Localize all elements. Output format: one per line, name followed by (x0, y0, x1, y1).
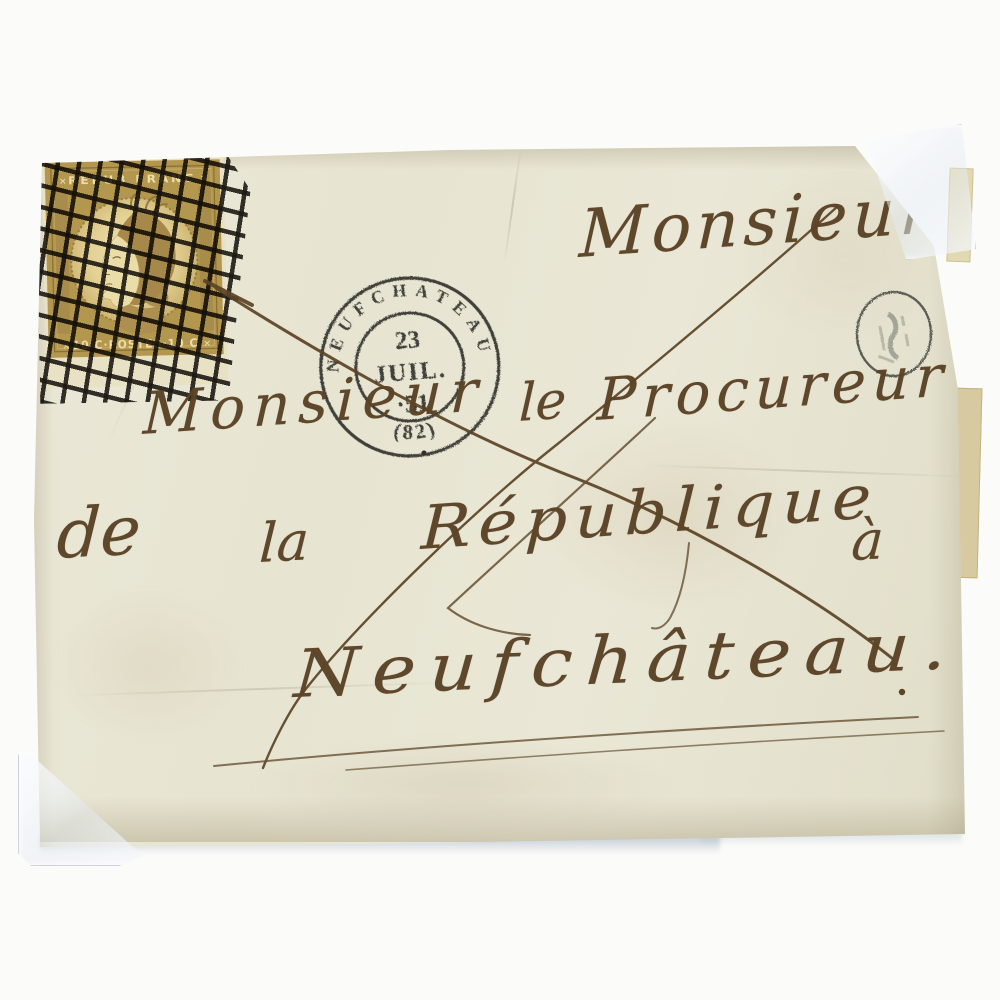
address-line4: Neufchâteau. (292, 607, 962, 713)
period-dot (899, 689, 905, 695)
grid-cancellation (36, 150, 254, 404)
postmark-day: 23 (394, 326, 421, 355)
address-line3-word4: à (850, 508, 885, 573)
paper-stain (55, 590, 245, 740)
address-line3-word2: la (258, 509, 311, 575)
address-line3-word1: de (55, 491, 143, 575)
address-line2-word2: le (518, 370, 567, 434)
paper-stain (250, 740, 680, 830)
address-line2-word3: Procureur (596, 341, 950, 434)
